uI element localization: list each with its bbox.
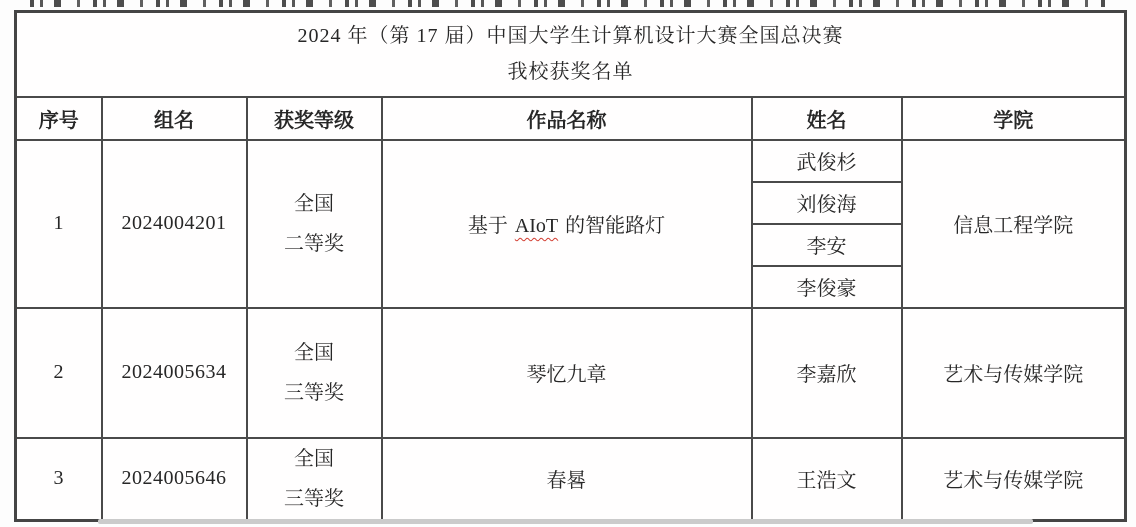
award-line-1: 全国 [248,184,381,224]
award-line-2: 三等奖 [248,373,381,413]
table-row: 2 2024005634 全国 三等奖 琴忆九章 李嘉欣 艺术与传媒学院 [16,308,1126,438]
cropped-text-remnant [30,0,1110,7]
title-row: 2024 年（第 17 届）中国大学生计算机设计大赛全国总决赛 我校获奖名单 [16,12,1126,97]
title-line-2: 我校获奖名单 [17,54,1124,90]
group-id-cell: 2024005634 [102,308,247,438]
award-list-table: 2024 年（第 17 届）中国大学生计算机设计大赛全国总决赛 我校获奖名单 序… [14,10,1127,522]
work-title-cell: 琴忆九章 [382,308,752,438]
column-header-award: 获奖等级 [247,97,382,140]
work-title-spellcheck-term: AIoT [515,215,558,237]
work-title-prefix: 基于 [468,215,508,237]
college-cell: 艺术与传媒学院 [902,438,1126,521]
column-header-college: 学院 [902,97,1126,140]
document-page: 2024 年（第 17 届）中国大学生计算机设计大赛全国总决赛 我校获奖名单 序… [0,0,1136,527]
column-header-group: 组名 [102,97,247,140]
award-line-2: 二等奖 [248,224,381,264]
college-cell: 艺术与传媒学院 [902,308,1126,438]
table-row: 3 2024005646 全国 三等奖 春晷 王浩文 艺术与传媒学院 [16,438,1126,521]
award-line-2: 三等奖 [248,479,381,519]
college-cell: 信息工程学院 [902,140,1126,308]
work-title-suffix: 的智能路灯 [565,215,665,237]
title-line-1: 2024 年（第 17 届）中国大学生计算机设计大赛全国总决赛 [17,18,1124,54]
column-header-name: 姓名 [752,97,902,140]
member-name-cell: 李嘉欣 [752,308,902,438]
column-header-index: 序号 [16,97,102,140]
group-id-cell: 2024005646 [102,438,247,521]
column-header-work: 作品名称 [382,97,752,140]
member-name-cell: 武俊杉 [752,140,902,182]
member-name-cell: 刘俊海 [752,182,902,224]
award-line-1: 全国 [248,439,381,479]
table-title: 2024 年（第 17 届）中国大学生计算机设计大赛全国总决赛 我校获奖名单 [16,12,1126,97]
award-level-cell: 全国 三等奖 [247,308,382,438]
row-index-cell: 3 [16,438,102,521]
row-index-cell: 1 [16,140,102,308]
member-name-cell: 王浩文 [752,438,902,521]
work-title-cell: 春晷 [382,438,752,521]
header-row: 序号 组名 获奖等级 作品名称 姓名 学院 [16,97,1126,140]
work-title-cell: 基于AIoT的智能路灯 [382,140,752,308]
award-level-cell: 全国 二等奖 [247,140,382,308]
group-id-cell: 2024004201 [102,140,247,308]
member-name-cell: 李安 [752,224,902,266]
table-shadow [98,519,1033,524]
award-level-cell: 全国 三等奖 [247,438,382,521]
award-line-1: 全国 [248,333,381,373]
row-index-cell: 2 [16,308,102,438]
member-name-cell: 李俊豪 [752,266,902,308]
table-row: 1 2024004201 全国 二等奖 基于AIoT的智能路灯 武俊杉 信息工程… [16,140,1126,182]
